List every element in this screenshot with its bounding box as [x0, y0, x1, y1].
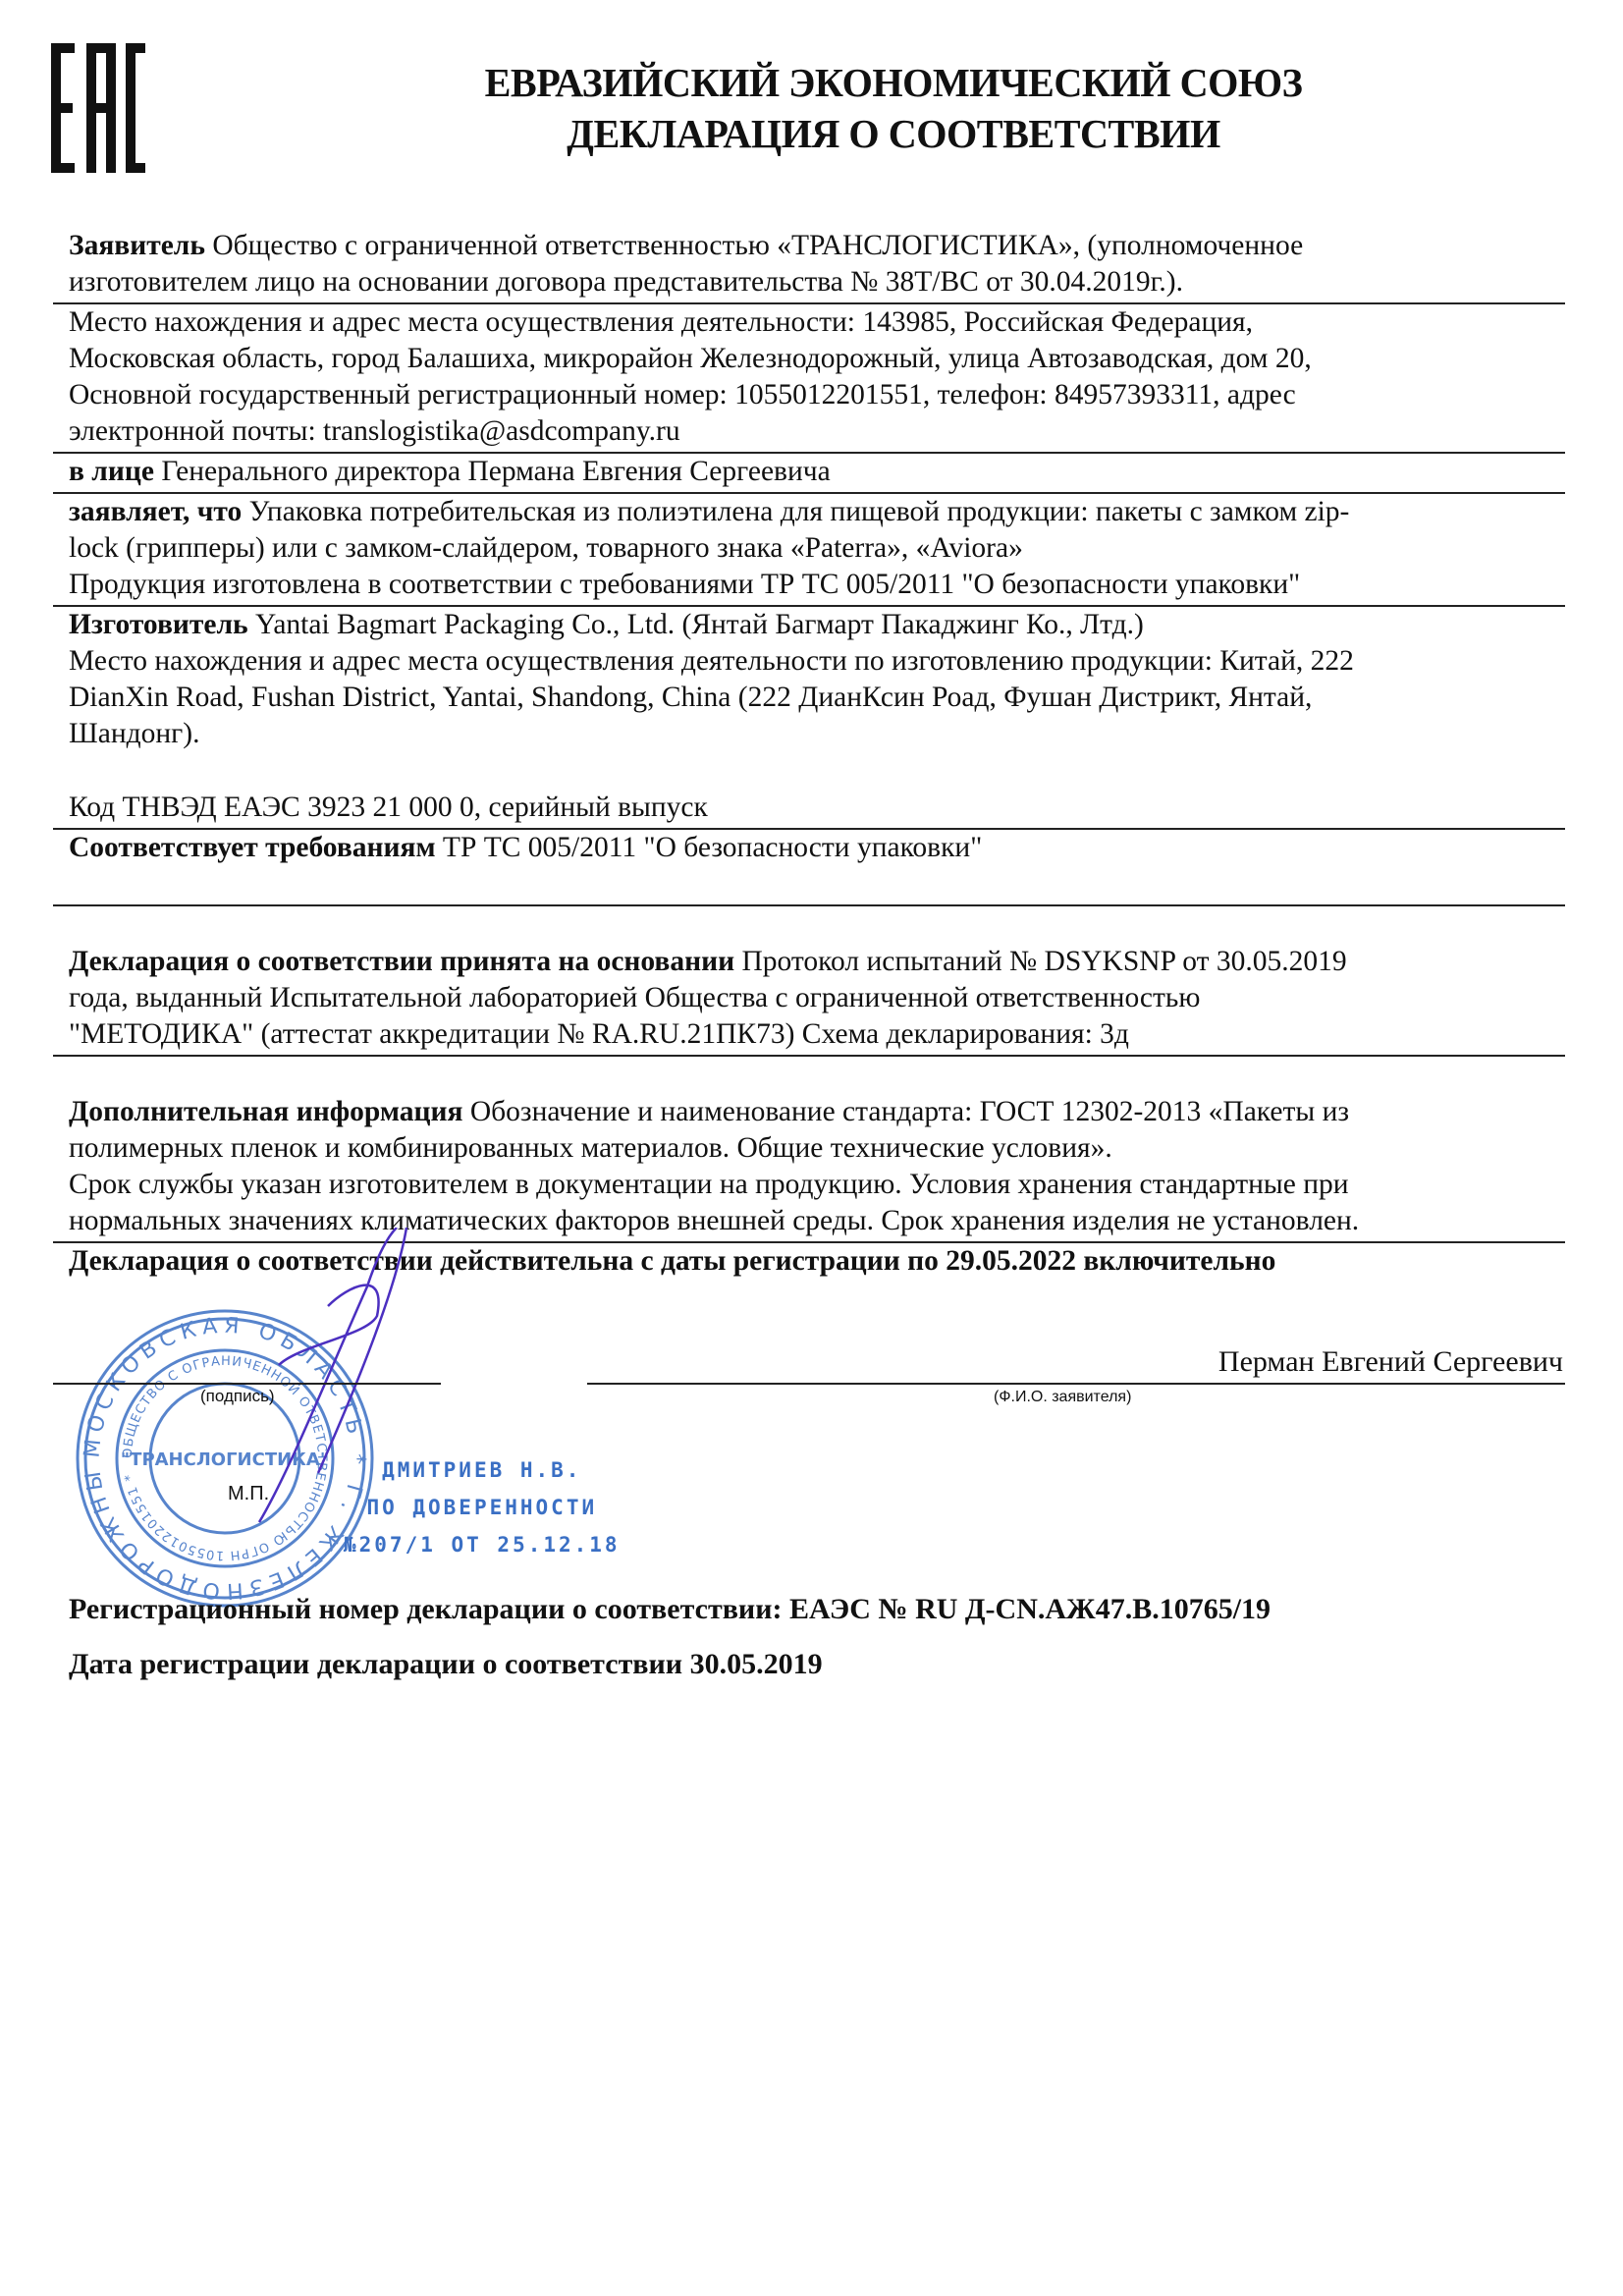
signature-area: МОСКОВСКАЯ ОБЛАСТЬ * Г. ЖЕЛЕЗНОДОРОЖНЫЙ …: [53, 1345, 1565, 1581]
applicant-label: Заявитель: [69, 230, 205, 261]
manufacturer-text: Yantai Bagmart Packaging Co., Ltd. (Янта…: [248, 609, 1144, 640]
code-section: Код ТНВЭД ЕАЭС 3923 21 000 0, серийный в…: [53, 790, 1565, 830]
address-section: Место нахождения и адрес места осуществл…: [53, 304, 1565, 454]
manufacturer-label: Изготовитель: [69, 609, 248, 640]
registration-number: Регистрационный номер декларации о соотв…: [69, 1593, 1271, 1626]
additional-section: Дополнительная информация Обозначение и …: [53, 1094, 1565, 1243]
manufacturer-address: Место нахождения и адрес места осуществл…: [69, 643, 1565, 680]
manufacturer-section: Изготовитель Yantai Bagmart Packaging Co…: [53, 607, 1565, 754]
signature-line: [53, 1383, 441, 1385]
applicant-text: Общество с ограниченной ответственностью…: [205, 230, 1303, 261]
applicant-name-line: [587, 1383, 1565, 1385]
additional-label: Дополнительная информация: [69, 1096, 462, 1127]
proxy-number: №207/1 ОТ 25.12.18: [344, 1526, 621, 1563]
declaration-body: Заявитель Общество с ограниченной ответс…: [53, 228, 1565, 1282]
proxy-stamp: ДМИТРИЕВ Н.В. ПО ДОВЕРЕННОСТИ №207/1 ОТ …: [344, 1451, 621, 1563]
basis-text: Протокол испытаний № DSYKSNP от 30.05.20…: [734, 946, 1347, 977]
registration-date: Дата регистрации декларации о соответств…: [69, 1648, 823, 1681]
declares-text-3: Продукция изготовлена в соответствии с т…: [69, 567, 1565, 603]
complies-text: ТР ТС 005/2011 "О безопасности упаковки": [436, 832, 983, 863]
applicant-name-caption: (Ф.И.О. заявителя): [994, 1389, 1131, 1406]
complies-label: Соответствует требованиям: [69, 832, 436, 863]
declares-section: заявляет, что Упаковка потребительская и…: [53, 494, 1565, 607]
applicant-full-name: Перман Евгений Сергеевич: [1218, 1345, 1563, 1379]
applicant-section: Заявитель Общество с ограниченной ответс…: [53, 228, 1565, 304]
eac-mark-icon: [51, 43, 145, 173]
document-header: ЕВРАЗИЙСКИЙ ЭКОНОМИЧЕСКИЙ СОЮЗ ДЕКЛАРАЦИ…: [384, 57, 1404, 159]
additional-text-3: Срок службы указан изготовителем в докум…: [69, 1167, 1565, 1203]
basis-text-3: "МЕТОДИКА" (аттестат аккредитации № RA.R…: [69, 1016, 1565, 1053]
seal-place-label: М.П.: [228, 1483, 269, 1505]
address-line: электронной почты: translogistika@asdcom…: [69, 413, 1565, 450]
basis-text-2: года, выданный Испытательной лабораторие…: [69, 980, 1565, 1016]
manufacturer-address: Шандонг).: [69, 716, 1565, 752]
signature-caption: (подпись): [200, 1387, 275, 1406]
representative-section: в лице Генерального директора Пермана Ев…: [53, 454, 1565, 494]
proxy-basis: ПО ДОВЕРЕННОСТИ: [344, 1489, 621, 1526]
complies-section: Соответствует требованиям ТР ТС 005/2011…: [53, 830, 1565, 906]
representative-text: Генерального директора Пермана Евгения С…: [154, 456, 831, 487]
address-line: Место нахождения и адрес места осуществл…: [69, 304, 1565, 341]
applicant-text-2: изготовителем лицо на основании договора…: [69, 264, 1565, 301]
basis-section: Декларация о соответствии принята на осн…: [53, 944, 1565, 1057]
address-line: Московская область, город Балашиха, микр…: [69, 341, 1565, 377]
additional-text: Обозначение и наименование стандарта: ГО…: [462, 1096, 1349, 1127]
declares-label: заявляет, что: [69, 496, 242, 527]
declares-text-2: lock (грипперы) или с замком-слайдером, …: [69, 530, 1565, 567]
manufacturer-address: DianXin Road, Fushan District, Yantai, S…: [69, 680, 1565, 716]
proxy-name: ДМИТРИЕВ Н.В.: [344, 1451, 621, 1489]
tnved-code: Код ТНВЭД ЕАЭС 3923 21 000 0, серийный в…: [69, 790, 1565, 826]
declares-text: Упаковка потребительская из полиэтилена …: [242, 496, 1349, 527]
additional-text-2: полимерных пленок и комбинированных мате…: [69, 1130, 1565, 1167]
basis-label: Декларация о соответствии принята на осн…: [69, 946, 734, 977]
representative-label: в лице: [69, 456, 154, 487]
union-title: ЕВРАЗИЙСКИЙ ЭКОНОМИЧЕСКИЙ СОЮЗ: [384, 57, 1404, 108]
address-line: Основной государственный регистрационный…: [69, 377, 1565, 413]
document-title: ДЕКЛАРАЦИЯ О СООТВЕТСТВИИ: [384, 108, 1404, 159]
